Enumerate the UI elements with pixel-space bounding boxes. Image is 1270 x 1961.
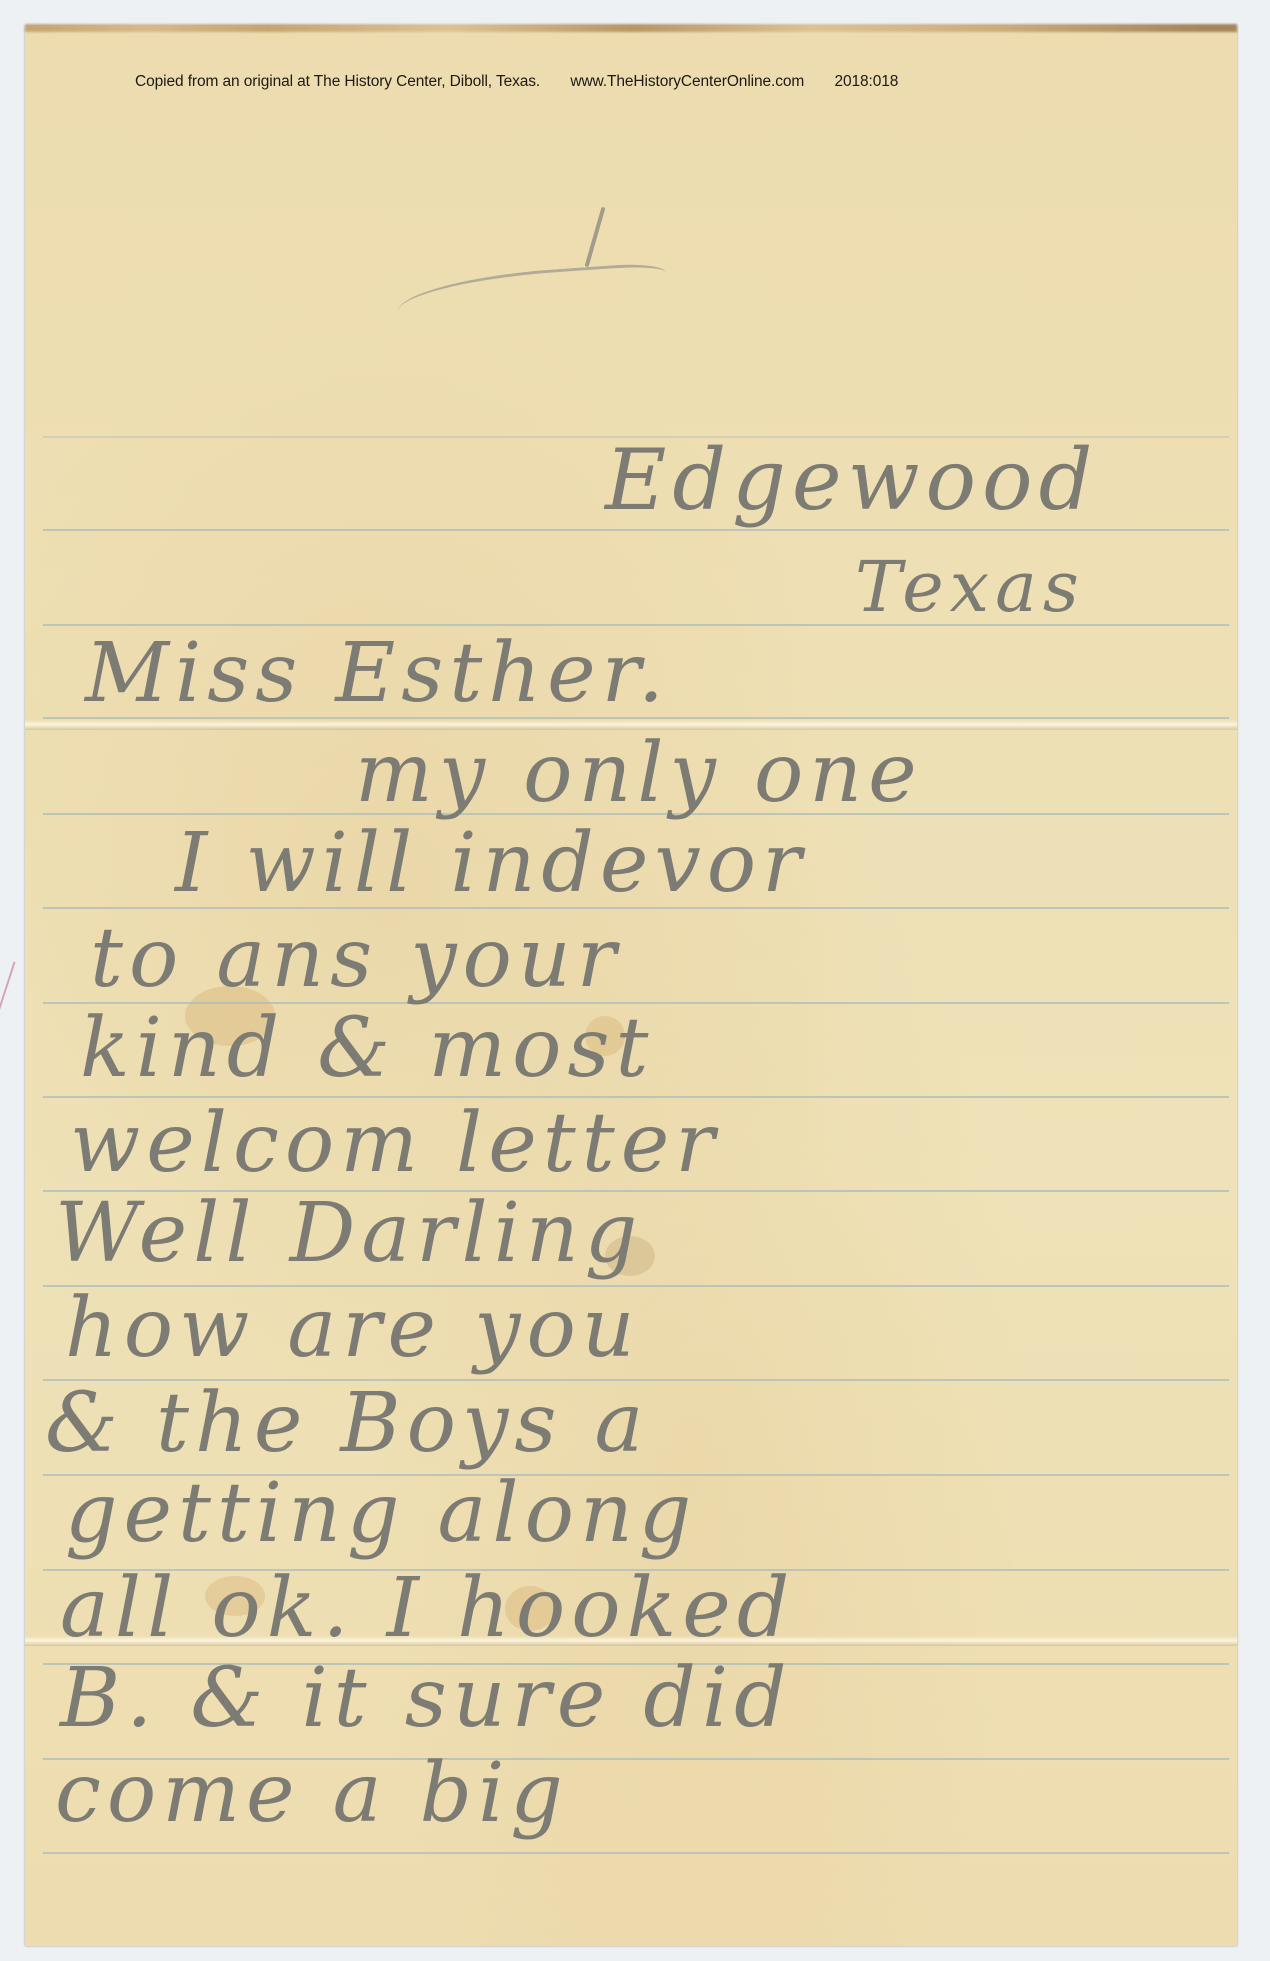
salutation: Miss Esther.	[85, 626, 670, 721]
letter-line: come a big	[55, 1746, 569, 1841]
place-line-2: Texas	[855, 546, 1085, 628]
letter-line: & the Boys a	[45, 1376, 649, 1471]
margin-pen-mark	[0, 962, 16, 1034]
watermark-url: www.TheHistoryCenterOnline.com	[570, 73, 804, 90]
letter-line: welcom letter	[70, 1096, 720, 1191]
letter-page: Copied from an original at The History C…	[25, 26, 1237, 1946]
letter-line: I will indevor	[175, 816, 807, 911]
letter-line: how are you	[65, 1281, 641, 1376]
letter-line: kind & most	[80, 1001, 655, 1096]
watermark-source: Copied from an original at The History C…	[135, 73, 540, 90]
letter-line: Well Darling	[55, 1186, 643, 1281]
ruled-line	[43, 529, 1229, 531]
letter-line: getting along	[65, 1466, 697, 1561]
letter-line: B. & it sure did	[60, 1651, 793, 1746]
worn-top-edge	[25, 24, 1237, 32]
letter-line: my only one	[355, 726, 923, 821]
page-number-mark	[585, 207, 606, 268]
ruled-line	[43, 1852, 1229, 1854]
place-line-1: Edgewood	[605, 431, 1098, 529]
letter-line: all ok. I hooked	[60, 1561, 795, 1656]
archive-watermark: Copied from an original at The History C…	[135, 73, 924, 91]
watermark-accession: 2018:018	[834, 73, 898, 90]
page-number-underline	[395, 262, 668, 334]
letter-line: to ans your	[90, 911, 622, 1006]
